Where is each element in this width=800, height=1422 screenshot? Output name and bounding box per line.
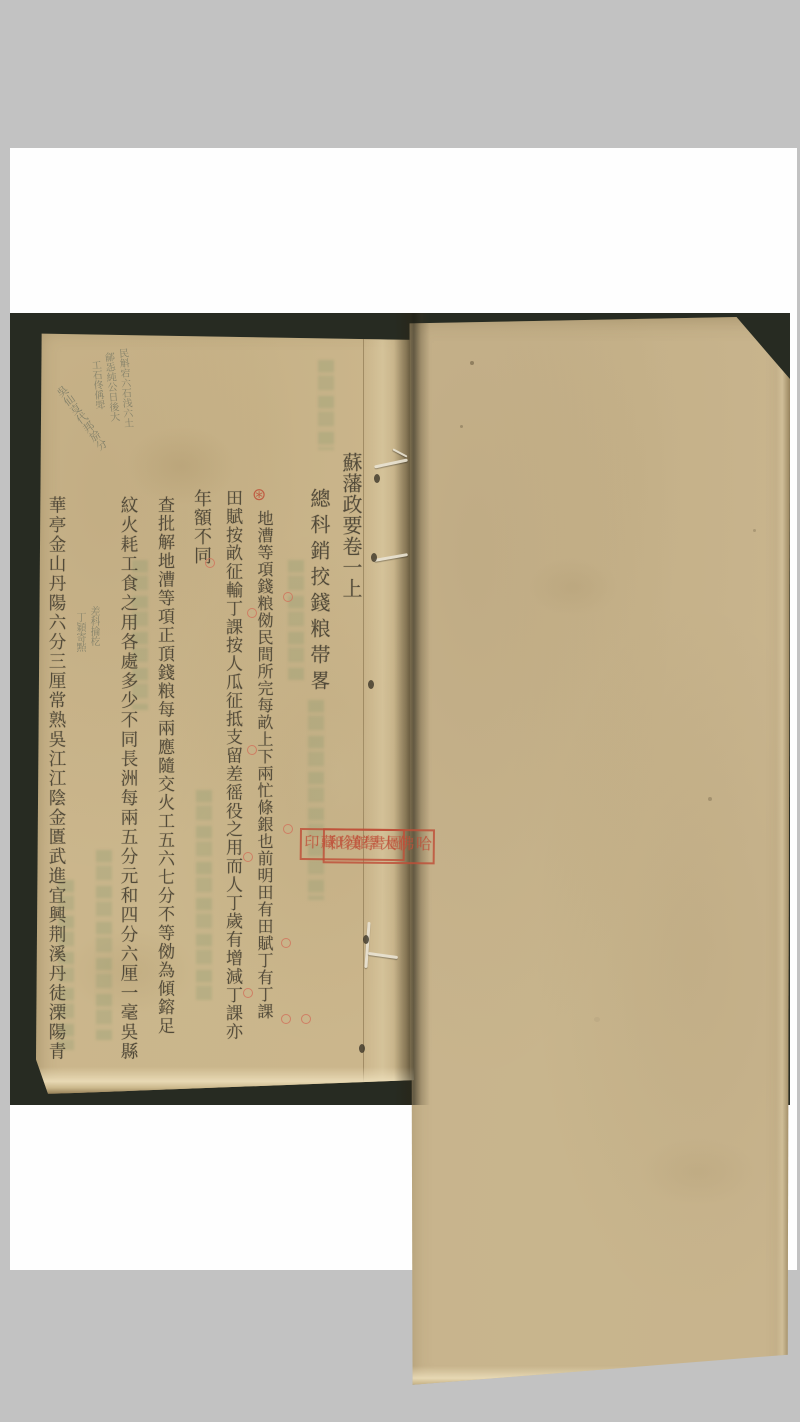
paper-stain [528, 557, 618, 617]
body-column-3: 年額不同 [188, 489, 214, 565]
paper-speck [708, 797, 712, 801]
punctuation-circle [281, 1014, 291, 1024]
body-column-2: 田賦按畝征輸丁課按人瓜征抵支留差徭役之用而人丁歲有增減丁課亦 [220, 489, 245, 1041]
punctuation-circle [247, 608, 257, 618]
body-column-6: 華亭金山丹陽六分三厘常熟吳江江陰金匱武進宜興荆溪丹徒溧陽青 [44, 496, 69, 1062]
paper-speck [460, 425, 463, 428]
punctuation-circle [205, 558, 215, 568]
paper-speck [753, 529, 756, 532]
punctuation-circle [281, 938, 291, 948]
section-header-column: 總科銷挍錢粮帯畧 [305, 488, 334, 696]
binding-hole [359, 1044, 365, 1053]
binding-hole [368, 680, 374, 689]
binding-hole [371, 553, 377, 562]
manuscript-scan-page: { "scan": { "background_color": "#c2c2c2… [0, 0, 800, 1422]
body-column-4: 查批解地漕等項正頂錢粮每兩應隨交火工五六七分不等俲為傾鎔足 [152, 496, 177, 1035]
left-page-bottom-edge [36, 1067, 414, 1094]
right-page [408, 317, 790, 1389]
interlinear-note: 差科掄杚 [86, 606, 101, 646]
binding-hole [363, 935, 369, 944]
seal-left-column: 圖書館珍藏印 [300, 828, 405, 861]
right-page-bottom-edge [408, 1366, 790, 1389]
punctuation-circle [283, 824, 293, 834]
punctuation-circle [301, 1014, 311, 1024]
punctuation-circle [243, 852, 253, 862]
punctuation-circle [283, 592, 293, 602]
spine-fold-band [363, 326, 410, 1094]
punctuation-circle [243, 988, 253, 998]
right-page-fore-edge [776, 317, 790, 1389]
interlinear-note: 丁穎寄㸃 [72, 612, 87, 652]
title-column: 蘇藩政要卷一上 [337, 452, 366, 599]
paper-speck [470, 361, 474, 365]
body-column-5: 紋火耗工食之用各處多少不同長洲每兩五分元和四分六厘一毫吳縣 [116, 496, 141, 1062]
punctuation-circle [247, 745, 257, 755]
body-column-1: 地漕等項錢粮俲民間所完每畝上下兩忙條銀也前明田有田賦丁有丁課 [253, 510, 276, 1020]
paper-speck [594, 1017, 600, 1022]
paper-stain [638, 1137, 758, 1207]
red-start-mark: ⊛ [252, 485, 266, 505]
binding-hole [374, 474, 380, 483]
